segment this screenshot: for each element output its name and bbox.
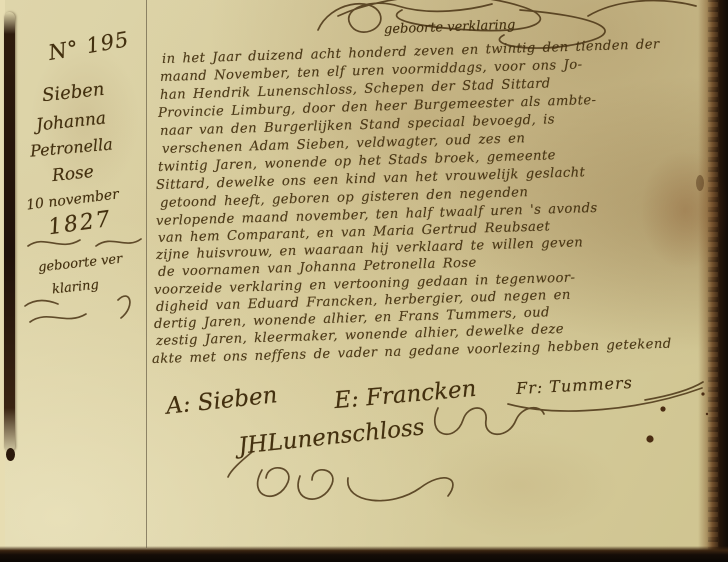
- gutter-page-edges: [708, 0, 718, 562]
- signature-witness-2: Fr: Tummers: [516, 373, 634, 398]
- margin-given-name-3: Rose: [51, 162, 95, 186]
- register-page: geboorte verklaring N° 195 Sieben Johann…: [0, 0, 728, 562]
- francken-flourish: [435, 408, 544, 435]
- margin-given-name-2: Petronella: [29, 134, 113, 160]
- book-binding-left: [4, 12, 15, 452]
- margin-date-year: 1827: [47, 207, 114, 241]
- signature-official: JHLunenschloss: [237, 414, 426, 459]
- margin-squiggle: [118, 296, 130, 318]
- margin-rule-line: [146, 0, 147, 548]
- binding-ink-blob: [6, 448, 15, 461]
- margin-squiggle: [30, 314, 86, 322]
- lunenschloss-flourish: [298, 470, 333, 499]
- lunenschloss-flourish: [258, 468, 289, 496]
- tummers-underline: [645, 382, 703, 400]
- signature-witness-1: E: Francken: [333, 376, 477, 414]
- margin-surname: Sieben: [41, 79, 105, 106]
- margin-note-line-2: klaring: [51, 278, 99, 298]
- lunenschloss-flourish: [348, 478, 453, 501]
- margin-note-line-1: geboorte ver: [37, 252, 123, 276]
- book-edge-bottom: [0, 546, 728, 562]
- margin-given-name-1: Johanna: [35, 108, 107, 135]
- paper-stain: [420, 430, 620, 540]
- top-flourish: [588, 1, 696, 16]
- act-number: N° 195: [47, 27, 132, 65]
- margin-squiggle: [25, 301, 58, 307]
- record-heading: geboorte verklaring: [384, 18, 516, 38]
- margin-squiggle: [96, 239, 141, 246]
- margin-squiggle: [28, 240, 80, 246]
- signature-declarant: A: Sieben: [165, 382, 279, 420]
